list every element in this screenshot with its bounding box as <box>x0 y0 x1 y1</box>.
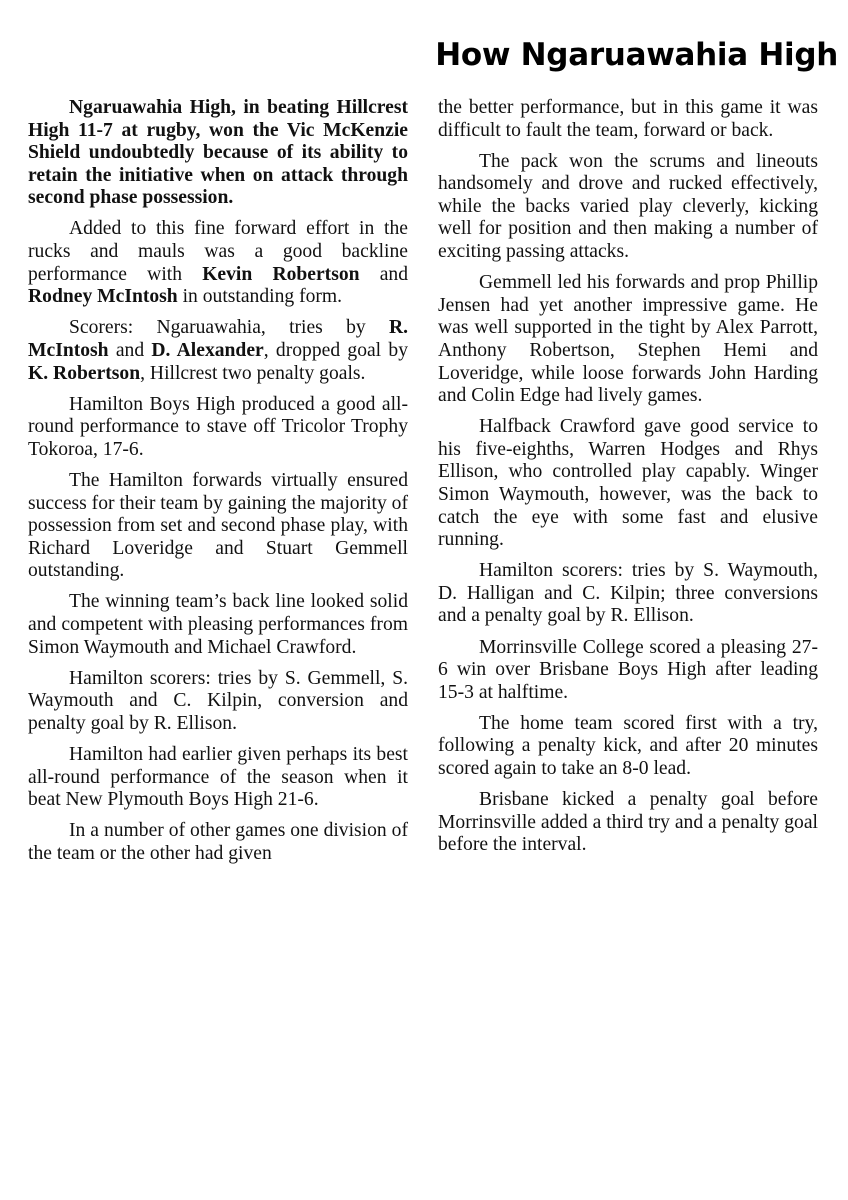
paragraph-hamilton-result: Hamilton Boys High produced a good all-r… <box>28 394 408 462</box>
text: , dropped goal by <box>264 340 408 361</box>
paragraph-pack: The pack won the scrums and lineouts han… <box>438 151 818 264</box>
player-name: D. Alexander <box>151 340 263 361</box>
paragraph-morrinsville: Morrinsville College scored a pleasing 2… <box>438 637 818 705</box>
paragraph-continued: the better performance, but in this game… <box>438 97 818 142</box>
paragraph-brisbane: Brisbane kicked a penalty goal before Mo… <box>438 789 818 857</box>
article-headline: How Ngaruawahia High <box>435 30 838 80</box>
left-column: Ngaruawahia High, in beating Hillcrest H… <box>28 97 408 874</box>
player-name: K. Robertson <box>28 363 140 384</box>
paragraph-back-line: The winning team’s back line looked soli… <box>28 591 408 659</box>
right-column: the better performance, but in this game… <box>438 97 818 865</box>
text: Scorers: Ngaruawahia, tries by <box>69 317 389 338</box>
paragraph-halfback: Halfback Crawford gave good service to h… <box>438 416 818 552</box>
paragraph-other-games: In a number of other games one division … <box>28 820 408 865</box>
text: and <box>109 340 152 361</box>
paragraph-home-team: The home team scored first with a try, f… <box>438 713 818 781</box>
text: and <box>360 264 408 285</box>
text: in outstanding form. <box>178 286 342 307</box>
paragraph-ngaruawahia-scorers: Scorers: Ngaruawahia, tries by R. McInto… <box>28 317 408 385</box>
paragraph-gemmell: Gemmell led his forwards and prop Philli… <box>438 272 818 408</box>
player-name: Kevin Robertson <box>202 264 359 285</box>
text: , Hillcrest two penalty goals. <box>140 363 365 384</box>
paragraph-hamilton-scorers: Hamilton scorers: tries by S. Gemmell, S… <box>28 668 408 736</box>
paragraph-backline-performance: Added to this fine forward effort in the… <box>28 218 408 308</box>
paragraph-hamilton-forwards: The Hamilton forwards virtually ensured … <box>28 470 408 583</box>
lead-paragraph: Ngaruawahia High, in beating Hillcrest H… <box>28 97 408 210</box>
paragraph-hamilton-scorers-2: Hamilton scorers: tries by S. Waymouth, … <box>438 560 818 628</box>
player-name: Rodney McIntosh <box>28 286 178 307</box>
paragraph-new-plymouth: Hamilton had earlier given perhaps its b… <box>28 744 408 812</box>
